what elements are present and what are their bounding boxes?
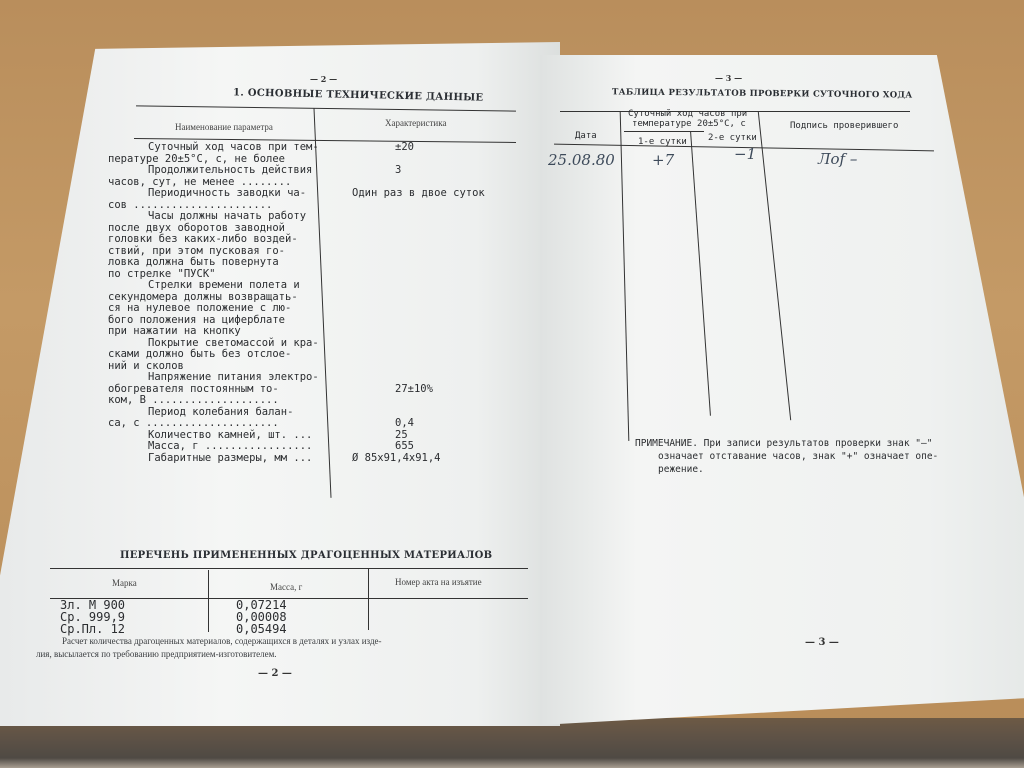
spec-value: 655: [395, 441, 414, 453]
spec-param-line: Напряжение питания электро-: [148, 372, 319, 384]
left-page: — 2 — 1. ОСНОВНЫЕ ТЕХНИЧЕСКИЕ ДАННЫЕ Наи…: [0, 42, 560, 726]
spec-param-line: ся на нулевое положение с лю-: [108, 303, 291, 315]
spec-param-line: Продолжительность действия: [148, 165, 312, 177]
note-line-3: режение.: [658, 464, 704, 476]
result-date: 25.08.80: [548, 151, 615, 169]
results-header-date: Дата: [575, 131, 597, 143]
left-page-marker: — 2 —: [310, 74, 337, 84]
spec-param-line: сками должно быть без отслое-: [108, 349, 291, 361]
spec-param-line: ком, В ....................: [108, 395, 279, 407]
spec-param-line: Суточный ход часов при тем-: [148, 142, 319, 154]
spec-param-line: ловка должна быть повернута: [108, 257, 279, 269]
spec-param-line: Масса, г .................: [148, 441, 312, 453]
spec-param-line: Габаритные размеры, мм ...: [148, 453, 312, 465]
results-divider-day: [690, 131, 711, 415]
materials-title: ПЕРЕЧЕНЬ ПРИМЕНЕННЫХ ДРАГОЦЕННЫХ МАТЕРИА…: [120, 550, 492, 561]
spec-param-line: Часы должны начать работу: [148, 211, 306, 223]
result-signature: Лоf –: [818, 150, 857, 168]
spec-param-line: при нажатии на кнопку: [108, 326, 241, 338]
spec-value: ±20: [395, 142, 414, 154]
material-mass: 0,05494: [236, 624, 287, 636]
results-divider-date: [620, 111, 630, 441]
note-line-2: означает отставание часов, знак "+" озна…: [658, 451, 938, 463]
right-page-number: — 3 —: [805, 637, 839, 648]
materials-divider-1: [208, 570, 209, 632]
materials-top-rule: [50, 568, 528, 569]
spec-header-param: Наименование параметра: [175, 122, 273, 132]
spec-param-line: Периодичность заводки ча-: [148, 188, 306, 200]
left-page-number: — 2 —: [258, 668, 292, 679]
note-line-1: ПРИМЕЧАНИЕ. При записи результатов прове…: [635, 438, 932, 450]
spec-header-value: Характеристика: [385, 118, 446, 128]
materials-header-mass: Масса, г: [270, 582, 302, 592]
spec-value: 3: [395, 165, 401, 177]
result-day1: +7: [652, 151, 674, 169]
right-page-marker: — 3 —: [715, 73, 742, 83]
footnote-line-1: Расчет количества драгоценных материалов…: [62, 636, 382, 646]
results-header-day2: 2-е сутки: [708, 133, 757, 145]
spec-param-line: са, с .....................: [108, 418, 279, 430]
right-page: — 3 — ТАБЛИЦА РЕЗУЛЬТАТОВ ПРОВЕРКИ СУТОЧ…: [540, 55, 1024, 725]
results-divider-signature: [758, 112, 791, 420]
results-subheader-rule: [624, 131, 704, 132]
right-page-title: ТАБЛИЦА РЕЗУЛЬТАТОВ ПРОВЕРКИ СУТОЧНОГО Х…: [612, 87, 913, 100]
spec-param-line: головки без каких-либо воздей-: [108, 234, 298, 246]
spec-param-line: Стрелки времени полета и: [148, 280, 300, 292]
spec-value: Ø 85x91,4x91,4: [352, 453, 441, 465]
spec-column-divider: [313, 108, 331, 498]
results-header-signature: Подпись проверившего: [790, 121, 898, 133]
results-group-header-2: температуре 20±5°С, с: [632, 119, 746, 131]
footnote-line-2: лия, высылается по требованию предприяти…: [36, 649, 277, 659]
spec-table-top-rule: [136, 105, 516, 111]
result-day2: −1: [734, 145, 756, 163]
materials-header-mark: Марка: [112, 578, 137, 588]
material-mark: Ср.Пл. 12: [60, 624, 125, 636]
materials-header-act: Номер акта на изъятие: [395, 577, 482, 587]
spec-value: Один раз в двое суток: [352, 188, 485, 200]
section-title: 1. ОСНОВНЫЕ ТЕХНИЧЕСКИЕ ДАННЫЕ: [233, 87, 484, 103]
materials-divider-2: [368, 568, 369, 630]
spec-value: 0,4: [395, 418, 414, 430]
spec-value: 27±10%: [395, 384, 433, 396]
